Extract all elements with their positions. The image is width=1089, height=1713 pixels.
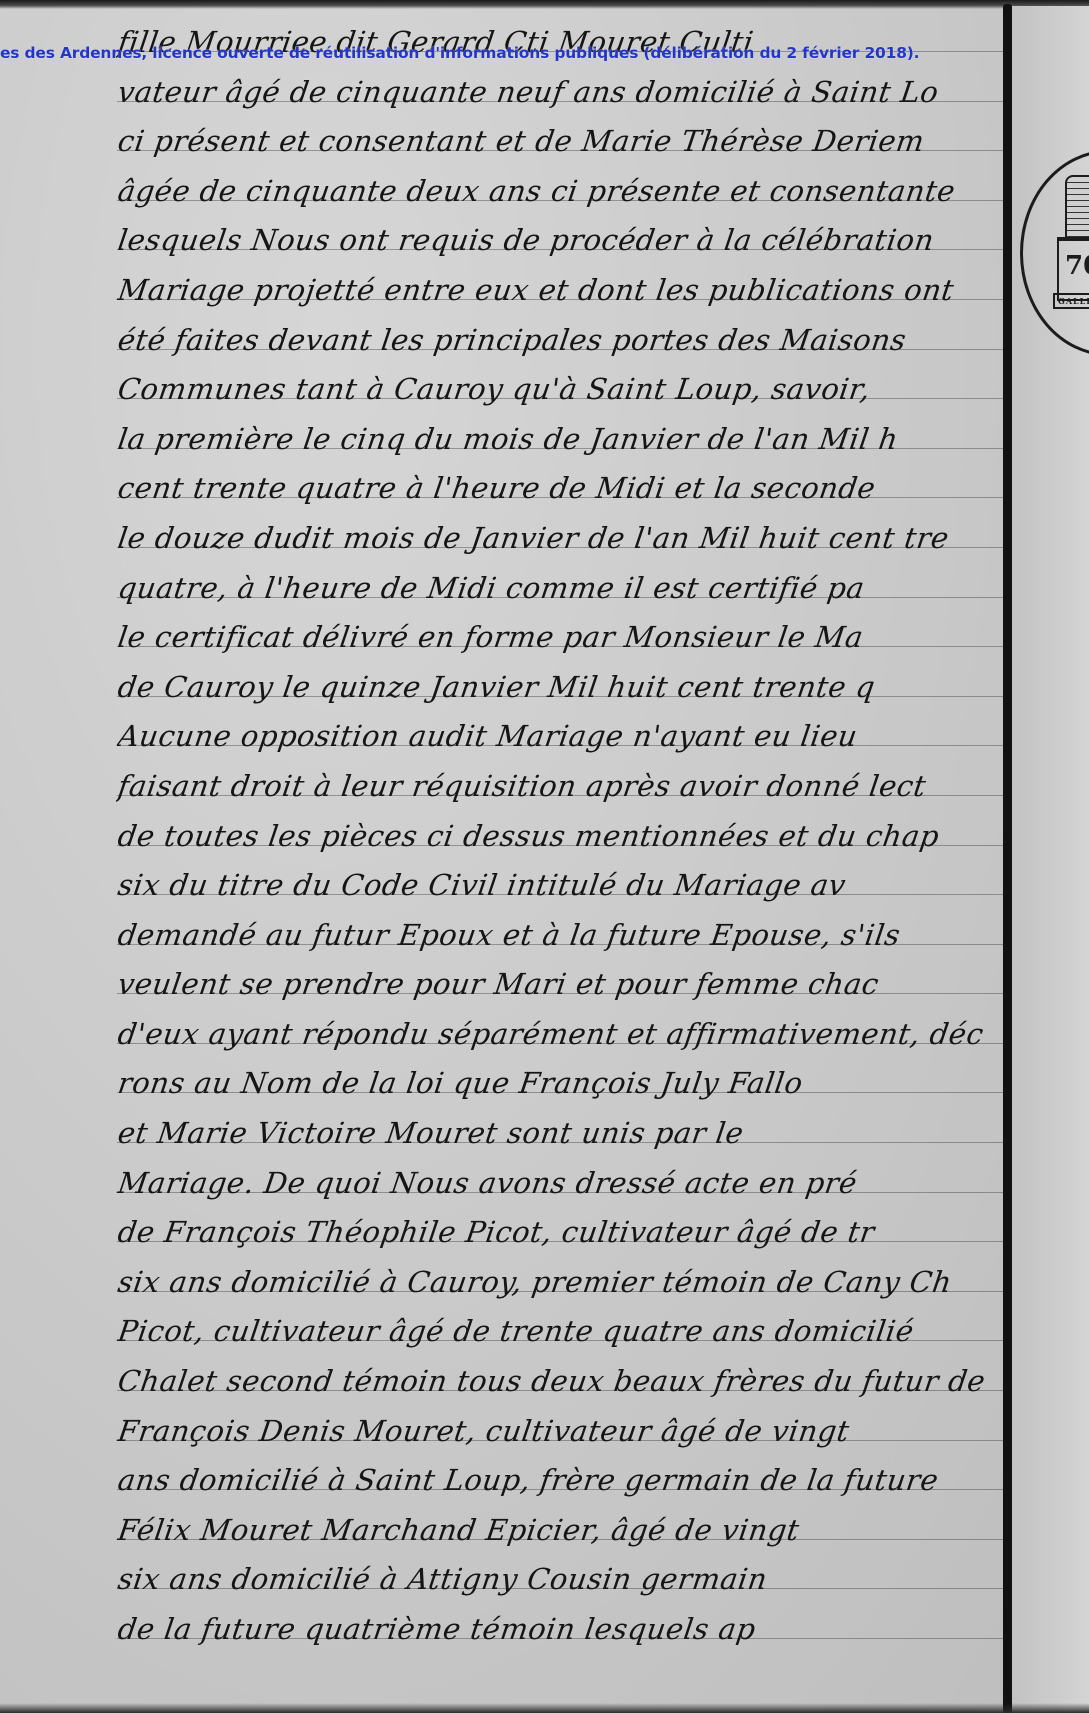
stamp-value: 70 [1065, 251, 1089, 281]
text-line: et Marie Victoire Mouret sont unis par l… [115, 1109, 1012, 1159]
text-line: de toutes les pièces ci dessus mentionné… [115, 812, 1012, 862]
text-line: cent trente quatre à l'heure de Midi et … [115, 464, 1012, 514]
text-line: Mariage projetté entre eux et dont les p… [115, 266, 1012, 316]
text-line: Félix Mouret Marchand Epicier, âgé de vi… [115, 1506, 1012, 1556]
text-line: vateur âgé de cinquante neuf ans domicil… [115, 68, 1012, 118]
text-line: d'eux ayant répondu séparément et affirm… [115, 1010, 1012, 1060]
text-line: âgée de cinquante deux ans ci présente e… [115, 167, 1012, 217]
license-watermark: es des Ardennes, licence ouverte de réut… [0, 44, 919, 62]
text-line: quatre, à l'heure de Midi comme il est c… [115, 564, 1012, 614]
page-bottom-edge [0, 1703, 1089, 1713]
text-line: été faites devant les principales portes… [115, 316, 1012, 366]
text-line: faisant droit à leur réquisition après a… [115, 762, 1012, 812]
stamp-base: GALLE [1053, 293, 1089, 309]
text-line: ci présent et consentant et de Marie Thé… [115, 117, 1012, 167]
text-line: veulent se prendre pour Mari et pour fem… [115, 960, 1012, 1010]
document-scan: TIMBRE 70 GALLE fille Mourriee dit Gerar… [0, 0, 1089, 1713]
page-top-edge [0, 0, 1089, 9]
text-line: Picot, cultivateur âgé de trente quatre … [115, 1307, 1012, 1357]
text-line: demandé au futur Epoux et à la future Ep… [115, 911, 1012, 961]
text-line: François Denis Mouret, cultivateur âgé d… [115, 1407, 1012, 1457]
text-line: Communes tant à Cauroy qu'à Saint Loup, … [115, 365, 1012, 415]
text-line: de la future quatrième témoin lesquels a… [115, 1605, 1012, 1655]
text-line: de François Théophile Picot, cultivateur… [115, 1208, 1012, 1258]
handwritten-text: fille Mourriee dit Gerard Cti Mouret Cul… [118, 18, 1008, 1655]
text-line: Chalet second témoin tous deux beaux frè… [115, 1357, 1012, 1407]
text-line: rons au Nom de la loi que François July … [115, 1059, 1012, 1109]
text-line: ans domicilié à Saint Loup, frère germai… [115, 1456, 1012, 1506]
text-line: Mariage. De quoi Nous avons dressé acte … [115, 1159, 1012, 1209]
text-line: Aucune opposition audit Mariage n'ayant … [115, 712, 1012, 762]
text-line: six ans domicilié à Attigny Cousin germa… [115, 1555, 1012, 1605]
text-line: le douze dudit mois de Janvier de l'an M… [115, 514, 1012, 564]
text-line: six du titre du Code Civil intitulé du M… [115, 861, 1012, 911]
text-line: six ans domicilié à Cauroy, premier témo… [115, 1258, 1012, 1308]
text-line: le certificat délivré en forme par Monsi… [115, 613, 1012, 663]
text-line: la première le cinq du mois de Janvier d… [115, 415, 1012, 465]
stamp-tablet-icon [1065, 175, 1089, 239]
text-line: de Cauroy le quinze Janvier Mil huit cen… [115, 663, 1012, 713]
text-line: lesquels Nous ont requis de procéder à l… [115, 216, 1012, 266]
